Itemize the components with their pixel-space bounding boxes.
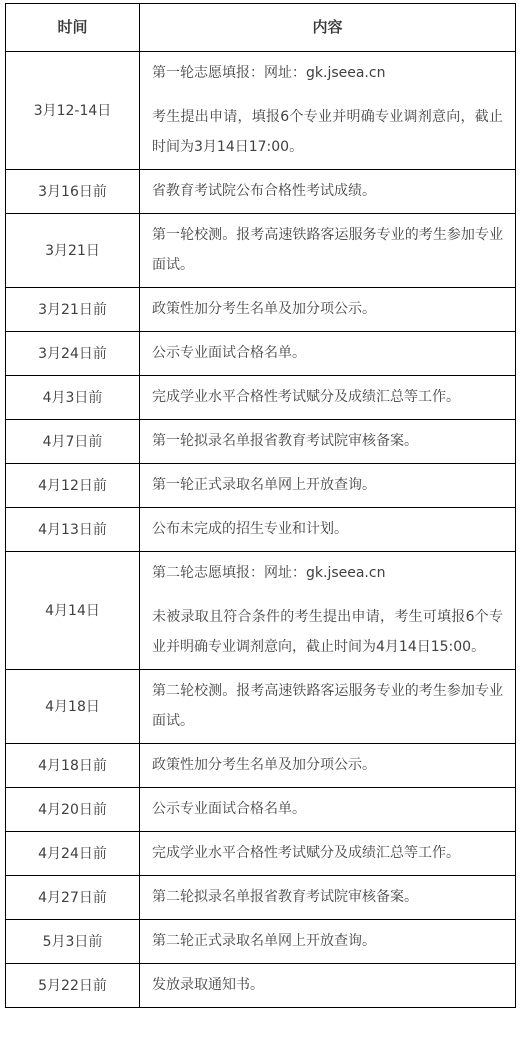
table-row: 4月27日前 第二轮拟录名单报省教育考试院审核备案。 (6, 876, 516, 920)
time-cell: 5月3日前 (6, 920, 140, 964)
time-cell: 4月3日前 (6, 376, 140, 420)
table-header: 时间 内容 (6, 4, 516, 52)
content-paragraph: 第一轮校测。报考高速铁路客运服务专业的考生参加专业面试。 (152, 220, 503, 280)
content-cell: 第二轮校测。报考高速铁路客运服务专业的考生参加专业面试。 (140, 670, 516, 744)
content-cell: 第一轮校测。报考高速铁路客运服务专业的考生参加专业面试。 (140, 214, 516, 288)
page: 时间 内容 3月12-14日 第一轮志愿填报：网址：gk.jseea.cn考生提… (0, 0, 521, 1060)
content-paragraph: 第二轮正式录取名单网上开放查询。 (152, 926, 503, 956)
content-cell: 第二轮志愿填报：网址：gk.jseea.cn未被录取且符合条件的考生提出申请，考… (140, 552, 516, 670)
table-row: 4月24日前 完成学业水平合格性考试赋分及成绩汇总等工作。 (6, 832, 516, 876)
content-paragraph: 第二轮校测。报考高速铁路客运服务专业的考生参加专业面试。 (152, 676, 503, 736)
time-cell: 3月12-14日 (6, 52, 140, 170)
table-row: 4月7日前 第一轮拟录名单报省教育考试院审核备案。 (6, 420, 516, 464)
table-row: 3月16日前 省教育考试院公布合格性考试成绩。 (6, 170, 516, 214)
content-paragraph: 省教育考试院公布合格性考试成绩。 (152, 176, 503, 206)
content-paragraph: 政策性加分考生名单及加分项公示。 (152, 294, 503, 324)
table-row: 4月18日 第二轮校测。报考高速铁路客运服务专业的考生参加专业面试。 (6, 670, 516, 744)
table-row: 4月20日前 公示专业面试合格名单。 (6, 788, 516, 832)
column-header-content: 内容 (140, 4, 516, 52)
header-row: 时间 内容 (6, 4, 516, 52)
time-cell: 4月14日 (6, 552, 140, 670)
table-body: 3月12-14日 第一轮志愿填报：网址：gk.jseea.cn考生提出申请，填报… (6, 52, 516, 1008)
content-cell: 第二轮正式录取名单网上开放查询。 (140, 920, 516, 964)
time-cell: 5月22日前 (6, 964, 140, 1008)
content-paragraph: 第一轮拟录名单报省教育考试院审核备案。 (152, 426, 503, 456)
table-row: 4月13日前 公布未完成的招生专业和计划。 (6, 508, 516, 552)
content-paragraph: 未被录取且符合条件的考生提出申请，考生可填报6个专业并明确专业调剂意向，截止时间… (152, 602, 503, 662)
table-row: 4月14日 第二轮志愿填报：网址：gk.jseea.cn未被录取且符合条件的考生… (6, 552, 516, 670)
time-cell: 4月27日前 (6, 876, 140, 920)
content-paragraph: 公示专业面试合格名单。 (152, 338, 503, 368)
content-paragraph: 公示专业面试合格名单。 (152, 794, 503, 824)
table-row: 4月18日前 政策性加分考生名单及加分项公示。 (6, 744, 516, 788)
content-paragraph: 公布未完成的招生专业和计划。 (152, 514, 503, 544)
content-paragraph: 第一轮志愿填报：网址：gk.jseea.cn (152, 58, 503, 88)
time-cell: 3月21日 (6, 214, 140, 288)
content-cell: 公示专业面试合格名单。 (140, 332, 516, 376)
content-paragraph: 第一轮正式录取名单网上开放查询。 (152, 470, 503, 500)
table-row: 4月3日前 完成学业水平合格性考试赋分及成绩汇总等工作。 (6, 376, 516, 420)
table-row: 5月3日前 第二轮正式录取名单网上开放查询。 (6, 920, 516, 964)
content-paragraph: 第二轮志愿填报：网址：gk.jseea.cn (152, 558, 503, 588)
time-cell: 3月24日前 (6, 332, 140, 376)
content-cell: 完成学业水平合格性考试赋分及成绩汇总等工作。 (140, 376, 516, 420)
time-cell: 3月16日前 (6, 170, 140, 214)
content-paragraph: 发放录取通知书。 (152, 970, 503, 1000)
time-cell: 3月21日前 (6, 288, 140, 332)
table-row: 5月22日前 发放录取通知书。 (6, 964, 516, 1008)
content-cell: 政策性加分考生名单及加分项公示。 (140, 744, 516, 788)
content-paragraph: 政策性加分考生名单及加分项公示。 (152, 750, 503, 780)
content-paragraph: 完成学业水平合格性考试赋分及成绩汇总等工作。 (152, 382, 503, 412)
content-cell: 公示专业面试合格名单。 (140, 788, 516, 832)
table-row: 3月24日前 公示专业面试合格名单。 (6, 332, 516, 376)
time-cell: 4月12日前 (6, 464, 140, 508)
time-cell: 4月13日前 (6, 508, 140, 552)
content-cell: 第一轮志愿填报：网址：gk.jseea.cn考生提出申请，填报6个专业并明确专业… (140, 52, 516, 170)
time-cell: 4月24日前 (6, 832, 140, 876)
time-cell: 4月20日前 (6, 788, 140, 832)
content-paragraph: 考生提出申请，填报6个专业并明确专业调剂意向，截止时间为3月14日17:00。 (152, 102, 503, 162)
content-cell: 省教育考试院公布合格性考试成绩。 (140, 170, 516, 214)
schedule-table: 时间 内容 3月12-14日 第一轮志愿填报：网址：gk.jseea.cn考生提… (5, 3, 516, 1008)
content-cell: 发放录取通知书。 (140, 964, 516, 1008)
content-cell: 第二轮拟录名单报省教育考试院审核备案。 (140, 876, 516, 920)
content-cell: 第一轮拟录名单报省教育考试院审核备案。 (140, 420, 516, 464)
table-row: 3月12-14日 第一轮志愿填报：网址：gk.jseea.cn考生提出申请，填报… (6, 52, 516, 170)
time-cell: 4月7日前 (6, 420, 140, 464)
table-row: 3月21日 第一轮校测。报考高速铁路客运服务专业的考生参加专业面试。 (6, 214, 516, 288)
content-cell: 第一轮正式录取名单网上开放查询。 (140, 464, 516, 508)
content-cell: 政策性加分考生名单及加分项公示。 (140, 288, 516, 332)
content-paragraph: 第二轮拟录名单报省教育考试院审核备案。 (152, 882, 503, 912)
table-row: 4月12日前 第一轮正式录取名单网上开放查询。 (6, 464, 516, 508)
column-header-time: 时间 (6, 4, 140, 52)
content-cell: 公布未完成的招生专业和计划。 (140, 508, 516, 552)
table-row: 3月21日前 政策性加分考生名单及加分项公示。 (6, 288, 516, 332)
time-cell: 4月18日前 (6, 744, 140, 788)
content-paragraph: 完成学业水平合格性考试赋分及成绩汇总等工作。 (152, 838, 503, 868)
content-cell: 完成学业水平合格性考试赋分及成绩汇总等工作。 (140, 832, 516, 876)
time-cell: 4月18日 (6, 670, 140, 744)
